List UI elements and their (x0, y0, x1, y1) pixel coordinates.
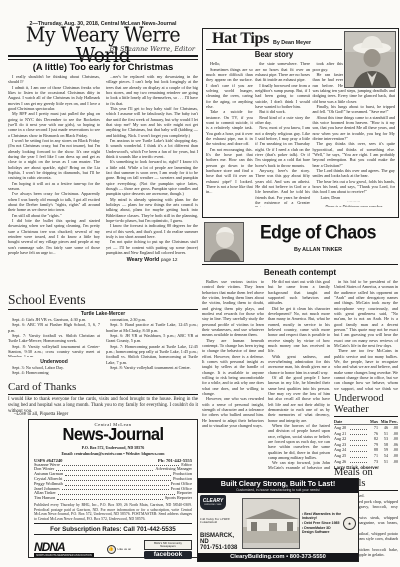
dot-leader (350, 445, 367, 446)
ndna-caption: NORTH DAKOTA NEWSPAPER ASSOCIATION (34, 553, 94, 557)
event-item: Sept. 6: JH VB at Washburn, 5 p.m.; ABC … (106, 333, 198, 344)
weather-date: Aug 26 (334, 459, 349, 465)
newspaper-page: 2—Thursday, Aug. 30, 2018, Central McLea… (0, 0, 400, 567)
allan-tinker-photo (204, 222, 244, 262)
body-paragraph: He did not start out with this goal but … (268, 279, 330, 306)
subscription-strip: For Subscription Rates: Call 701-442-553… (34, 523, 192, 535)
weather-row: Aug 26 73 51 .00 (334, 459, 398, 465)
masthead-address: P.O. Box 572, Underwood, ND 58576 (34, 445, 192, 450)
body-paragraph: Of all the good people I have known in m… (268, 375, 330, 423)
beneath-contempt-headline: Beneath contempt (202, 267, 398, 277)
weather-header: Underwood Weather (334, 394, 398, 417)
ad-bullet: • Best Warranties in the Industry! (302, 512, 342, 521)
body-paragraph: When the horrors of the hatred and divis… (268, 423, 330, 460)
body-paragraph: Sometimes things are so much more diffic… (206, 67, 253, 110)
masthead-rule-thick (8, 55, 198, 57)
body-paragraph: Take a suicide for instance. On TV, if y… (206, 109, 253, 146)
edge-col2: He did not start out with this goal but … (268, 279, 330, 469)
ad-subheadline: Customized, in-house manufacturing to su… (198, 488, 358, 492)
ad-bullet: • DreamMaker 3D Design Software (302, 526, 342, 535)
jump-line: Weary World page 12 (106, 257, 198, 263)
dot-leader (56, 470, 153, 471)
weather-table: Date Max Min Prec. Aug 20 71 46 .00 (334, 419, 398, 464)
bear-story-headline: Bear story (206, 50, 342, 59)
card-of-thanks-signature: –Love to all, Piquetta Heger (14, 412, 194, 417)
body-paragraph: My mind is already spinning with plans f… (106, 197, 198, 224)
col-min: Min (378, 419, 388, 425)
body-paragraph: This year I'll get to buy baby stuff for… (106, 106, 198, 138)
cleary-brand-sub: BUILDING CORP. (204, 504, 221, 506)
jump-page: page 12 (161, 257, 178, 262)
ad-call-to-action: Call Today For a FREE Consultation! (200, 518, 240, 525)
col-date: Date (334, 419, 349, 425)
dot-leader (350, 451, 367, 452)
dot-leader (350, 462, 367, 463)
ad-left-column: CLEARY BUILDING CORP. Call Today For a F… (200, 495, 240, 551)
edge-of-chaos-rule (202, 264, 398, 265)
body-paragraph: I did bite the bullet this spring and st… (8, 218, 100, 255)
body-paragraph: I finally borrowed one from a neighbor's… (255, 83, 310, 110)
body-paragraph: I'm anxious to see Turtle Lake's kids' s… (106, 138, 198, 159)
thumbs-up-icon: 👍 (107, 545, 116, 554)
weary-text-col1: I really shouldn't be thinking about Chr… (8, 74, 100, 288)
body-paragraph: I'm not quite itching to put up the Chri… (106, 239, 198, 255)
school-tlm-col1: Sept. 4: Girls JH VB vs. Garrison, 4:30 … (8, 317, 100, 357)
body-paragraph: I'm not encouraging this. It's the hose … (206, 147, 253, 195)
dot-leader (350, 440, 367, 441)
dot-leader (350, 457, 367, 458)
dot-leader (350, 434, 367, 435)
ndna-letters: NDNA (34, 541, 94, 553)
masthead-rule-thin (8, 59, 198, 60)
hat-tips-box: Hat Tips By Dean Meyer Bear story Hello,… (202, 28, 399, 218)
weary-text-col2-flow: ...ner's be replaced with my downsizing … (106, 74, 198, 255)
facebook-badge-stack: BHG's ND Community Newspapers facebook (144, 540, 192, 559)
like-us-label: Like us on (118, 548, 132, 551)
body-paragraph: Anyway, here's the story. There was this… (255, 168, 310, 207)
building-photo (242, 498, 300, 549)
body-paragraph: My BFF and I pretty must just pulled the… (8, 111, 100, 138)
body-paragraph: About this time things came to a standst… (312, 115, 395, 142)
body-paragraph: I admit it, I am one of those Christmas … (8, 85, 100, 112)
masthead-contact: Email: centralmclean@westriv.com • Websi… (34, 451, 192, 456)
publishing-info: Published every Thursday by BHG, Inc., P… (34, 503, 192, 521)
ad-right-column: • Best Warranties in the Industry!• Debt… (302, 495, 356, 551)
body-paragraph: I've always been crazy for Christmas. Ap… (8, 191, 100, 212)
body-paragraph: I won't be setting foot in any stores on… (8, 138, 100, 181)
weather-min: 51 (378, 459, 388, 465)
dot-leader (64, 480, 171, 481)
staff-name: Tim Hanson (34, 496, 55, 501)
ad-headline: Built Cleary Strong, Built To Last! (198, 480, 358, 488)
newspaper-masthead-box: Central McLean News-Journal P.O. Box 572… (28, 419, 198, 558)
body-paragraph: The guy thinks this over, sees it's quit… (312, 141, 395, 168)
hat-tips-col2: the state somewhere. There are no hoses … (255, 61, 310, 207)
body-paragraph: Read kind of a cute story the other day. (255, 115, 310, 126)
dot-leader (57, 499, 163, 500)
ad-bullet: • Debt Free Since 1985 (302, 521, 342, 526)
school-underwood-col1: Sept. 3: No school, Labor Day.Sept. 4: H… (8, 365, 100, 379)
body-paragraph: Bullies use various tactics to control t… (202, 279, 264, 338)
bhg-badge: BHG's ND Community Newspapers (144, 540, 192, 550)
body-paragraph: ...ner's be replaced with my downsizing … (106, 74, 198, 106)
cleary-logo: CLEARY BUILDING CORP. (200, 495, 226, 510)
ad-body: CLEARY BUILDING CORP. Call Today For a F… (198, 493, 358, 553)
ad-banner: Built Cleary Strong, Built To Last! Cust… (198, 479, 358, 493)
ad-phone: 701-751-1038 (200, 545, 240, 551)
like-us-badge: 👍 Like us on (107, 545, 132, 554)
ad-footer: ClearyBuilding.com • 800-373-5550 (198, 553, 358, 561)
body-paragraph: However, one who was rewarded with a sen… (202, 396, 264, 428)
weary-text-col2: ...ner's be replaced with my downsizing … (106, 74, 198, 288)
hat-tips-col1: Hello,Sometimes things are so much more … (206, 61, 253, 207)
body-paragraph: in his bid to be president of the United… (334, 279, 398, 348)
body-paragraph: I really shouldn't be thinking about Chr… (8, 74, 100, 85)
dot-leader (65, 485, 169, 486)
facebook-logo: facebook (144, 551, 192, 559)
author-tagline: Dean is a Dickinson area rancher (312, 204, 395, 207)
col-prec: Prec. (388, 419, 398, 425)
event-item: Sept. 7: Homecoming parade at Turtle Lak… (106, 344, 198, 365)
body-paragraph: They are human beneath contempt. To chan… (202, 338, 264, 397)
body-paragraph: The Lord thinks this over and agrees. Th… (312, 168, 395, 179)
edge-of-chaos-byline: By ALLAN TINKER (242, 247, 394, 253)
col-max: Max (368, 419, 378, 425)
body-paragraph: With great sadness, and overwhelming adm… (268, 354, 330, 375)
body-paragraph: There are too few McCains in public serv… (334, 348, 398, 392)
underwood-weather-section: Underwood Weather Date Max Min Prec. Aug… (334, 394, 398, 470)
school-events-header: School Events (8, 292, 198, 310)
edge-col3: in his bid to be president of the United… (334, 279, 398, 392)
event-item: Sept. 7: Varsity football vs. Shiloh Chr… (8, 333, 100, 344)
edge-of-chaos-title: Edge of Chaos (242, 223, 394, 243)
card-of-thanks-header: Card of Thanks (8, 381, 198, 395)
body-paragraph: We can step forward, join John McCain's … (268, 460, 330, 469)
staff-row: Tim Hanson Sports Reporter (34, 496, 192, 501)
dot-leader (58, 494, 175, 495)
body-paragraph: the state somewhere. There are no hoses … (255, 61, 310, 82)
body-paragraph: I know the forecast is indicating 80 deg… (106, 223, 198, 239)
anniversary-seal-icon: ★ (343, 517, 356, 530)
body-paragraph: I'm hoping it will act as a festive tune… (8, 181, 100, 192)
event-item: Sept. 8: Varsity volleyball tournament a… (106, 365, 198, 370)
school-tlm-col2: coronation, 2:30 p.m.Sept. 5: Band pract… (106, 317, 198, 375)
weather-max: 73 (368, 459, 378, 465)
weather-rows: Aug 20 71 46 .00 Aug 21 76 51 .00 (334, 425, 398, 464)
masthead-logos-row: NDNA NORTH DAKOTA NEWSPAPER ASSOCIATION … (34, 538, 192, 560)
body-paragraph: It's something to look forward to, right… (106, 159, 198, 196)
body-paragraph: Now, most of you know, I am not a deeply… (255, 125, 310, 168)
body-paragraph: Finally, his lungs about to burst, he tr… (312, 104, 395, 115)
body-paragraph: Did he get it clean his character develo… (268, 306, 330, 354)
ndna-logo: NDNA NORTH DAKOTA NEWSPAPER ASSOCIATION (34, 541, 94, 557)
event-item: Sept. 8: Varsity volleyball tournament a… (8, 344, 100, 357)
event-item: Sept. 5: Band practice at Turtle Lake, 1… (106, 322, 198, 333)
ad-bullet-list: • Best Warranties in the Industry!• Debt… (302, 512, 342, 535)
dot-leader (350, 429, 367, 430)
weary-headline: (A little) Too early for Christmas (8, 62, 198, 72)
dean-meyer-photo (344, 31, 396, 88)
jump-title: Weary World (127, 257, 160, 263)
meals-header-line1: Meals on (334, 467, 373, 478)
dot-leader (62, 489, 169, 490)
masthead-name: News-Journal (34, 427, 192, 444)
hat-tips-rule (206, 49, 342, 50)
event-item: Sept. 4: Homecoming (8, 370, 100, 375)
hat-tips-header: Hat Tips By Dean Meyer (206, 31, 338, 47)
cleary-building-ad: Built Cleary Strong, Built To Last! Cust… (197, 478, 359, 562)
weather-header-line2: Weather (334, 404, 369, 415)
staff-role: Sports Reporter (165, 496, 192, 501)
body-paragraph: The bear lets out a low growl, folds his… (312, 179, 395, 195)
weary-column-signature: By Suzanne Werre, Editor (60, 45, 195, 53)
staff-list: Suzanne Werre Editor Don Winter Advertis… (34, 463, 192, 502)
weather-header-line1: Underwood (334, 393, 384, 404)
dot-leader (65, 475, 171, 476)
hat-tips-byline: By Dean Meyer (273, 40, 311, 47)
event-item: Sept. 6: ABC VB at Flasher High School, … (8, 322, 100, 333)
ad-city: BISMARCK, ND (200, 533, 240, 546)
weather-prec: .00 (388, 459, 398, 465)
edge-col1: Bullies use various tactics to control t… (202, 279, 264, 469)
hat-tips-title: Hat Tips (212, 31, 269, 47)
